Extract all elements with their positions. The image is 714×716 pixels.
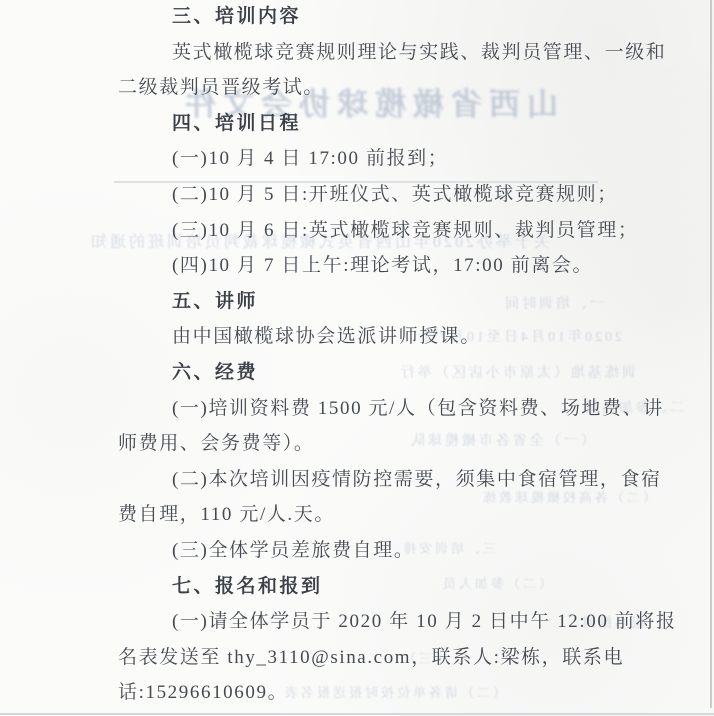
paragraph-line: 英式橄榄球竞赛规则理论与实践、裁判员管理、一级和 [0, 41, 714, 77]
paragraph-line: 名表发送至 thy_3110@sina.com，联系人:梁栋，联系电 [0, 646, 714, 682]
paragraph-line: 由中国橄榄球协会选派讲师授课。 [0, 325, 714, 361]
paragraph-line: (四)10 月 7 日上午:理论考试，17:00 前离会。 [0, 254, 714, 290]
paragraph-line: (三)全体学员差旅费自理。 [0, 539, 714, 575]
paragraph-line: (一)请全体学员于 2020 年 10 月 2 日中午 12:00 前将报 [0, 610, 714, 646]
section-heading: 六、经费 [0, 361, 714, 397]
section-heading: 三、培训内容 [0, 5, 714, 41]
paragraph-line: (二)10 月 5 日:开班仪式、英式橄榄球竞赛规则； [0, 183, 714, 219]
scanned-document-page: 山西省橄榄球协会文件 关于举办2020年山西省英式橄榄球裁判员培训班的通知一、培… [0, 0, 714, 716]
paragraph-line: 话:15296610609。 [0, 681, 714, 716]
section-heading: 七、报名和报到 [0, 575, 714, 611]
paragraph-line: (一)培训资料费 1500 元/人（包含资料费、场地费、讲 [0, 397, 714, 433]
scan-edge-bottom [0, 713, 714, 715]
scan-edge-right [710, 0, 712, 708]
section-heading: 五、讲师 [0, 290, 714, 326]
paragraph-line: 二级裁判员晋级考试。 [0, 76, 714, 112]
paragraph-line: 费自理，110 元/人.天。 [0, 503, 714, 539]
section-heading: 四、培训日程 [0, 112, 714, 148]
paragraph-line: (二)本次培训因疫情防控需要，须集中食宿管理，食宿 [0, 468, 714, 504]
document-content: 三、培训内容英式橄榄球竞赛规则理论与实践、裁判员管理、一级和二级裁判员晋级考试。… [0, 5, 714, 716]
paragraph-line: 师费用、会务费等）。 [0, 432, 714, 468]
paragraph-line: (一)10 月 4 日 17:00 前报到； [0, 147, 714, 183]
paragraph-line: (三)10 月 6 日:英式橄榄球竞赛规则、裁判员管理； [0, 219, 714, 255]
